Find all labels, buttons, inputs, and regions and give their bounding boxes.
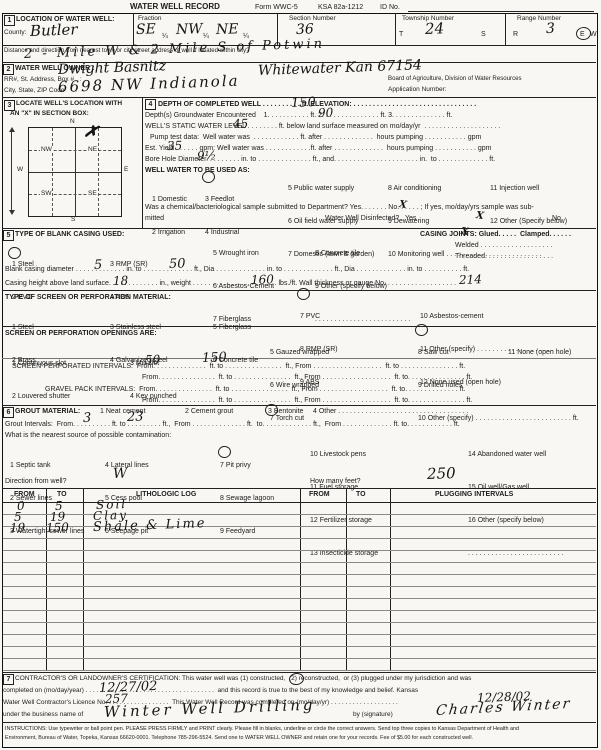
rule: [83, 488, 84, 670]
water-well-record-form: WATER WELL RECORD Form WWC-5 KSA 82a-121…: [0, 0, 601, 750]
section-number-field[interactable]: 36: [296, 21, 314, 38]
sample-question-line: Was a chemical/bacteriological sample su…: [145, 204, 534, 211]
log-row-line: [3, 670, 596, 671]
certification-line1: CONTRACTOR'S OR LANDOWNER'S CERTIFICATIO…: [15, 676, 471, 683]
agency-label: Board of Agriculture, Division of Water …: [388, 76, 522, 82]
bore-hole-field[interactable]: 9½: [197, 148, 217, 163]
quadrant-ne[interactable]: NE: [87, 146, 98, 153]
option-injection[interactable]: 11 Injection well: [490, 183, 567, 194]
form-number: Form WWC-5: [255, 4, 298, 11]
log-row-line: [3, 634, 596, 635]
log-row-line: [3, 622, 596, 623]
log-row-line: [3, 526, 596, 527]
option-septic-tank[interactable]: 1 Septic tank: [10, 460, 84, 471]
casing-joints-line: CASING JOINTS: Glued. . . . . Clamped. .…: [420, 231, 571, 238]
feet-field[interactable]: 250: [427, 464, 456, 483]
compass-n: N: [70, 119, 75, 126]
township-t: T: [399, 31, 403, 38]
quadrant-se[interactable]: SE: [87, 190, 98, 197]
section3-heading1: LOCATE WELL'S LOCATION WITH: [16, 101, 122, 108]
fraction-3-field[interactable]: NE: [216, 21, 239, 38]
col-header-to: TO: [57, 491, 67, 498]
wall-gauge-field[interactable]: 214: [459, 272, 482, 287]
quadrant-nw[interactable]: NW: [40, 146, 53, 153]
rule: [395, 13, 396, 45]
grout-to-field[interactable]: 23: [127, 409, 144, 425]
option-fiberglass[interactable]: 5 Fiberglass: [213, 322, 258, 333]
openings-col5: 11 None (open hole): [508, 325, 571, 380]
section3-heading2: AN "X" IN SECTION BOX:: [10, 111, 89, 118]
intervals-line4: From. . . . . . . . . . . . . . . ft. to…: [142, 397, 472, 404]
static-level-field[interactable]: 45: [233, 116, 249, 131]
depth-field[interactable]: 150: [291, 95, 316, 111]
application-number-label: Application Number:: [388, 87, 447, 94]
section4-number: 4: [145, 99, 156, 110]
sample-no-x-mark[interactable]: X: [398, 199, 407, 211]
option-abandoned-well[interactable]: 14 Abandoned water well: [468, 449, 563, 460]
range-r: R: [513, 31, 518, 38]
col-header-plugging-intervals: PLUGGING INTERVALS: [435, 491, 513, 498]
option-none-open-hole[interactable]: 11 None (open hole): [508, 347, 571, 358]
disinfected-x-mark[interactable]: X: [475, 210, 484, 222]
fraction-1-field[interactable]: SE: [136, 21, 156, 38]
option-livestock-pens[interactable]: 10 Livestock pens: [310, 449, 378, 460]
log-row-line: [3, 610, 596, 611]
rule: [133, 13, 134, 45]
township-field[interactable]: 24: [425, 19, 445, 38]
range-field[interactable]: 3: [546, 21, 555, 37]
quarter-glyph: ¼: [203, 33, 209, 40]
threaded-line: Threaded. . . . . . . . . . . . . . . . …: [455, 253, 553, 260]
mile-arrow-down: [9, 210, 15, 215]
county-field[interactable]: Butler: [30, 20, 78, 40]
rule: [52, 128, 53, 216]
rule: [46, 488, 47, 670]
rule: [98, 128, 99, 216]
rule: [142, 97, 143, 228]
option-public-water[interactable]: 5 Public water supply: [288, 183, 374, 194]
disinfected-no-label: No: [552, 215, 561, 222]
rule: [505, 13, 506, 45]
instructions-line1: INSTRUCTIONS: Use typewriter or ball poi…: [5, 727, 519, 733]
gravel-pack-line: GRAVEL PACK INTERVALS: From. . . . . . .…: [45, 386, 465, 393]
how-many-feet-label: How many feet?: [310, 478, 361, 485]
disinfected-label: Water Well Disinfected? Yes: [325, 215, 416, 222]
grout-from-field[interactable]: 3: [83, 411, 92, 426]
section-location-box[interactable]: NW NE SW SE: [28, 127, 122, 217]
rule: [2, 722, 596, 723]
screen-perforated-intervals-line: SCREEN-PERFORATED INTERVALS: From. . . .…: [12, 363, 465, 370]
log-row-line: [3, 586, 596, 587]
compass-w: W: [17, 167, 23, 174]
quadrant-sw[interactable]: SW: [40, 190, 52, 197]
log-row-line: [3, 502, 596, 503]
section1-number: 1: [4, 15, 15, 26]
township-s: S: [481, 31, 486, 38]
id-no-label: ID No.: [380, 4, 400, 11]
log-row-line: [3, 598, 596, 599]
casing-height-field[interactable]: 18: [113, 273, 129, 288]
rule: [29, 172, 121, 173]
signature-label: by (signature): [353, 712, 393, 719]
col-header-from: FROM: [309, 491, 330, 498]
col-header-to: TO: [356, 491, 366, 498]
sample-mitted: mitted: [145, 215, 164, 222]
option-concrete-tile[interactable]: 8 Concrete tile: [315, 248, 410, 259]
welded-line: Welded . . . . . . . . . . . . . . . . .…: [455, 242, 553, 249]
rule: [346, 488, 347, 670]
quarter-glyph: ¼: [162, 33, 168, 40]
compass-e: E: [124, 167, 128, 174]
direction-label: Direction from well?: [5, 478, 66, 485]
col-header-lithologic-log: LITHOLOGIC LOG: [136, 491, 196, 498]
est-yield-field[interactable]: 35: [167, 138, 183, 153]
casing-diameter-field[interactable]: 5: [94, 258, 103, 273]
casing-weight-field[interactable]: 160: [251, 272, 274, 287]
intervals-line2: From. . . . . . . . . . . . . . . ft. to…: [142, 374, 472, 381]
section7-number: 7: [3, 674, 14, 685]
fraction-2-field[interactable]: NW: [176, 21, 203, 38]
option-cement-grout[interactable]: 2 Cement grout: [185, 408, 233, 415]
log-row3-to[interactable]: 150: [46, 520, 69, 535]
glued-x-mark[interactable]: X: [460, 226, 469, 238]
id-no-blank[interactable]: [408, 11, 594, 12]
grout-intervals-line: Grout Intervals: From. . . . . . . . . .…: [5, 421, 460, 428]
groundwater1-field[interactable]: 90: [318, 105, 334, 120]
option-pvc[interactable]: 7 PVC: [300, 311, 338, 322]
county-label: County:: [4, 30, 26, 37]
grout-heading: GROUT MATERIAL:: [15, 408, 80, 415]
rule: [300, 488, 301, 670]
certification-line2: completed on (mo/day/year) . . . . . . .…: [3, 688, 418, 695]
instructions-line2: Environment, Bureau of Water, Topeka, Ka…: [5, 736, 473, 742]
pump-test-line: Pump test data: Well water was . . . . .…: [150, 134, 481, 141]
col-header-from: FROM: [14, 491, 35, 498]
log-row-line: [3, 550, 596, 551]
static-level-line: WELL'S STATIC WATER LEVEL . . . . . . . …: [145, 123, 500, 130]
option-irrigation[interactable]: 2 Irrigation: [152, 227, 187, 238]
casing-height-line: Casing height above land surface. . . . …: [5, 280, 456, 287]
section2-number: 2: [3, 64, 14, 75]
casing-diameter-to-field[interactable]: 50: [169, 256, 186, 272]
statute-number: KSA 82a-1212: [318, 4, 363, 11]
sp-from-field[interactable]: 50: [145, 352, 161, 367]
mile-arrow-up: [9, 127, 15, 132]
option-wrought-iron[interactable]: 5 Wrought iron: [213, 248, 274, 259]
rule: [390, 488, 391, 670]
lithologic-log-table: FROM TO LITHOLOGIC LOG FROM TO PLUGGING …: [3, 488, 596, 671]
log-row-line: [3, 562, 596, 563]
log-row-line: [3, 658, 596, 659]
section6-number: 6: [3, 407, 14, 418]
business-name-label: under the business name of: [3, 712, 83, 719]
groundwater-line: Depth(s) Groundwater Encountered 1. . . …: [145, 112, 452, 119]
form-title: WATER WELL RECORD: [130, 3, 220, 11]
log-row-line: [3, 538, 596, 539]
option-pit-privy[interactable]: 7 Pit privy: [220, 460, 274, 471]
log-row-line: [3, 574, 596, 575]
log-row3-from[interactable]: 19: [10, 520, 26, 535]
casing-diameter-line: Blank casing diameter . . . . . . . . . …: [5, 266, 469, 273]
log-row-line: [3, 646, 596, 647]
sp-to-field[interactable]: 150: [202, 350, 227, 366]
option-asbestos-cement[interactable]: 10 Asbestos-cement: [420, 311, 553, 322]
mile-label: 1 Mile: [0, 161, 1, 176]
direction-field[interactable]: W: [113, 466, 128, 482]
option-grout-other[interactable]: 4 Other . . . . . . . . . . . . . . . . …: [313, 408, 469, 415]
compass-s: S: [71, 217, 75, 224]
option-gauzed-wrapped[interactable]: 5 Gauzed wrapped: [270, 347, 329, 358]
mile-arrow: [11, 132, 12, 210]
